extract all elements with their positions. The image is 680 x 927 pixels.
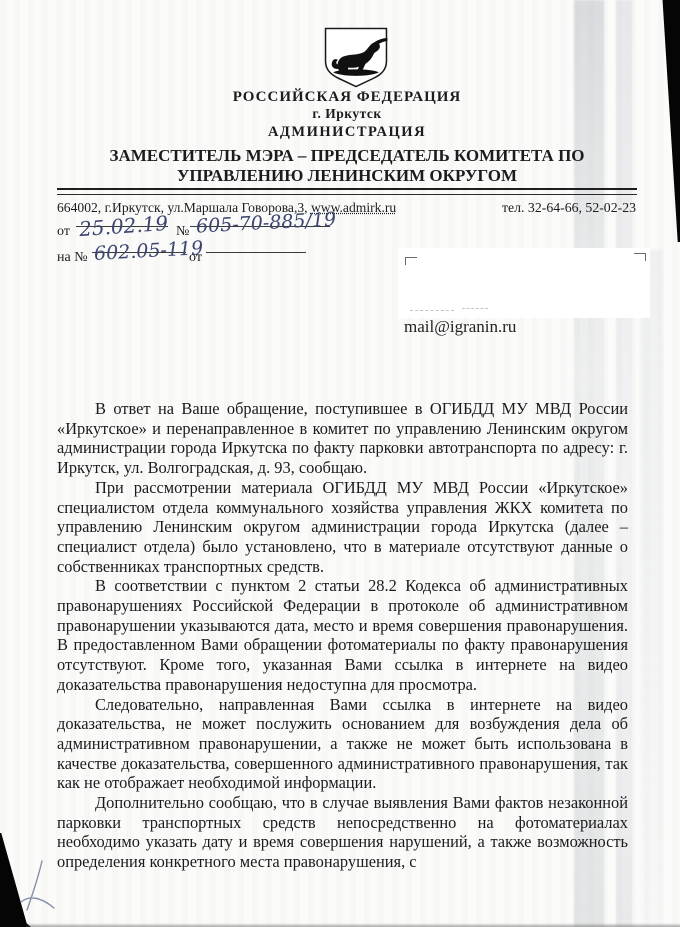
- irkutsk-coat-of-arms-icon: [316, 26, 396, 95]
- redaction-remnant: [462, 308, 488, 309]
- reply-ref-label: на №: [57, 250, 88, 266]
- body-paragraph: В соответствии с пунктом 2 статьи 28.2 К…: [57, 576, 628, 694]
- recipient-redacted-block: [398, 248, 650, 318]
- position-title-line1: ЗАМЕСТИТЕЛЬ МЭРА – ПРЕДСЕДАТЕЛЬ КОМИТЕТА…: [57, 146, 637, 166]
- letterhead-country: РОССИЙСКАЯ ФЕДЕРАЦИЯ: [57, 89, 637, 106]
- letter-body: В ответ на Ваше обращение, поступившее в…: [57, 399, 628, 872]
- ref-from-label: от: [57, 224, 70, 240]
- reply-ref-handwritten: 602.05-119: [93, 237, 203, 265]
- body-paragraph: При рассмотрении материала ОГИБДД МУ МВД…: [57, 478, 628, 577]
- letterhead-city: г. Иркутск: [57, 106, 637, 122]
- redaction-remnant: [410, 310, 454, 311]
- letter-content: РОССИЙСКАЯ ФЕДЕРАЦИЯ г. Иркутск АДМИНИСТ…: [0, 0, 680, 927]
- corner-bracket-left-icon: [405, 257, 417, 265]
- reply-from-label: от: [189, 250, 202, 266]
- letterhead-divider-rule: [57, 188, 637, 195]
- recipient-email: mail@igranin.ru: [404, 317, 516, 337]
- reply-date-underline-empty: [206, 238, 306, 253]
- pen-mark-icon: [18, 858, 64, 921]
- body-paragraph: Дополнительно сообщаю, что в случае выяв…: [57, 793, 628, 872]
- body-paragraph: Следовательно, направленная Вами ссылка …: [57, 695, 628, 794]
- corner-bracket-right-icon: [634, 253, 646, 261]
- ref-date-handwritten: 25.02.19: [78, 211, 169, 241]
- scanned-letter-page: { "letterhead": { "country": "РОССИЙСКАЯ…: [0, 0, 680, 927]
- contact-phone: тел. 32-64-66, 52-02-23: [502, 200, 636, 216]
- body-paragraph: В ответ на Ваше обращение, поступившее в…: [57, 399, 628, 478]
- letterhead-organization: АДМИНИСТРАЦИЯ: [57, 124, 637, 141]
- position-title-line2: УПРАВЛЕНИЮ ЛЕНИНСКИМ ОКРУГОМ: [57, 166, 637, 186]
